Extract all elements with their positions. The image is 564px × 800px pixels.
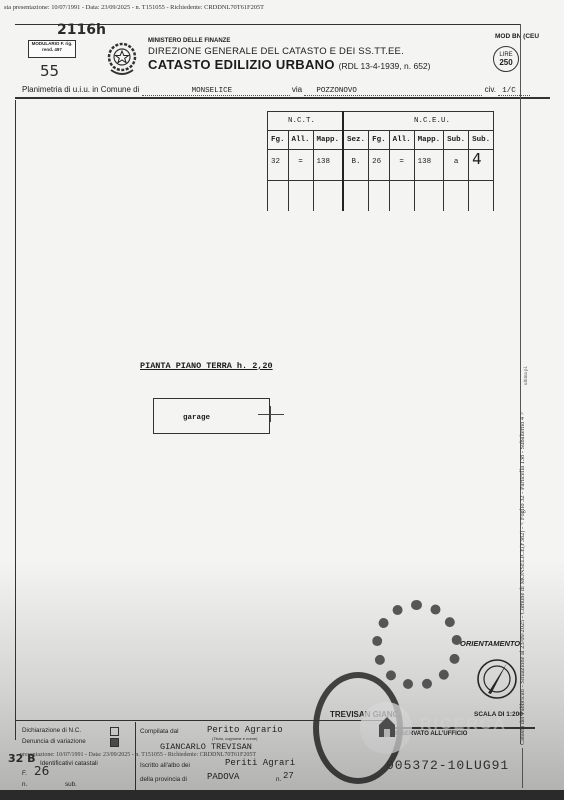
nceu-group-header: N.C.E.U. bbox=[343, 112, 494, 131]
cell-mapp-nct: 138 bbox=[313, 150, 343, 181]
qualifica-value: Perito Agrario bbox=[207, 725, 283, 735]
table-header-row: Fg. All. Mapp. Sez. Fg. All. Mapp. Sub. … bbox=[268, 131, 494, 150]
dichiarazione-nc-checkbox[interactable] bbox=[110, 727, 119, 736]
foglio-label: F. bbox=[22, 770, 27, 777]
via-value: POZZONOVO bbox=[316, 87, 357, 95]
garage-room-outline bbox=[153, 398, 270, 434]
foglio-value: 26 bbox=[34, 764, 49, 778]
comune-field: MONSELICE bbox=[142, 87, 290, 96]
watermark-text: RICERCA bbox=[420, 716, 507, 734]
nome-value: GIANCARLO TREVISAN bbox=[160, 742, 252, 752]
col-all-nct: All. bbox=[288, 131, 313, 150]
floor-plan-title: PIANTA PIANO TERRA h. 2,20 bbox=[140, 361, 273, 371]
provincia-value: PADOVA bbox=[207, 772, 239, 782]
cell-all-nceu: = bbox=[389, 150, 414, 181]
col-all-nceu: All. bbox=[389, 131, 414, 150]
nome-hint: (Titolo, cognome e nome) bbox=[212, 736, 257, 741]
protocol-number: 005372-10LUG91 bbox=[386, 758, 509, 773]
side-small-note: ultima pl. bbox=[524, 366, 529, 385]
cell-sez: B. bbox=[343, 150, 369, 181]
cell-all-nct: = bbox=[288, 150, 313, 181]
north-arrow-icon bbox=[476, 658, 518, 700]
cell-fg-nct: 32 bbox=[268, 150, 289, 181]
footer-divider bbox=[135, 722, 136, 800]
stamp-duty-value: 250 bbox=[494, 59, 518, 67]
albo-numero-label: n. bbox=[276, 776, 281, 783]
denuncia-variazione-checkbox[interactable] bbox=[110, 738, 119, 747]
presentation-info-line: sta presentazione: 10/07/1991 - Data: 23… bbox=[4, 4, 264, 11]
dimension-tick bbox=[258, 414, 284, 415]
via-field: POZZONOVO bbox=[304, 87, 482, 96]
numero-label-left: n. bbox=[22, 781, 27, 788]
catasto-title: CATASTO EDILIZIO URBANO (RDL 13-4-1939, … bbox=[148, 57, 430, 72]
handwritten-reference: 2116h bbox=[57, 22, 106, 38]
location-line: Planimetria di u.i.u. in Comune di MONSE… bbox=[22, 85, 530, 96]
orientation-label: ORIENTAMENTO bbox=[460, 639, 520, 648]
col-sub-1: Sub. bbox=[444, 131, 469, 150]
direzione-label: DIREZIONE GENERALE DEL CATASTO E DEI SS.… bbox=[148, 46, 404, 57]
denuncia-variazione-label: Denuncia di variazione bbox=[22, 738, 86, 745]
table-empty-row bbox=[268, 181, 494, 212]
table-row: 32 = 138 B. 26 = 138 a 4 bbox=[268, 150, 494, 181]
civico-value: 1/C bbox=[502, 87, 516, 95]
provincia-label: della provincia di bbox=[140, 776, 187, 783]
civico-field: 1/C bbox=[498, 87, 530, 96]
cell-sub-1: a bbox=[444, 150, 469, 181]
stamp-duty-circle: LIRE 250 bbox=[493, 46, 519, 72]
table-group-header-row: N.C.T. N.C.E.U. bbox=[268, 112, 494, 131]
iscritto-label: Iscritto all'albo dei bbox=[140, 762, 190, 769]
model-code: MOD BN (CEU bbox=[495, 33, 539, 40]
nct-group-header: N.C.T. bbox=[268, 112, 344, 131]
location-prefix: Planimetria di u.i.u. in Comune di bbox=[22, 85, 139, 94]
cadastral-identifiers-table: N.C.T. N.C.E.U. Fg. All. Mapp. Sez. Fg. … bbox=[267, 111, 494, 211]
ministry-label: MINISTERO DELLE FINANZE bbox=[148, 38, 230, 44]
cell-fg-nceu: 26 bbox=[369, 150, 390, 181]
albo-numero-value: 27 bbox=[283, 771, 294, 781]
dichiarazione-nc-label: Dichiarazione di N.C. bbox=[22, 727, 81, 734]
col-mapp-nceu: Mapp. bbox=[414, 131, 444, 150]
sub-label: sub. bbox=[65, 781, 77, 788]
cell-mapp-nceu: 138 bbox=[414, 150, 444, 181]
col-fg-nct: Fg. bbox=[268, 131, 289, 150]
catasto-law-reference: (RDL 13-4-1939, n. 652) bbox=[339, 61, 431, 71]
dimension-tick bbox=[270, 406, 271, 422]
catasto-title-text: CATASTO EDILIZIO URBANO bbox=[148, 57, 335, 72]
page-bottom-edge bbox=[0, 790, 564, 800]
comune-value: MONSELICE bbox=[192, 87, 233, 95]
via-label: via bbox=[292, 85, 302, 94]
col-fg-nceu: Fg. bbox=[369, 131, 390, 150]
overlay-presentation-line: presentazione: 10/07/1991 - Data: 23/09/… bbox=[20, 752, 256, 758]
garage-room-label: garage bbox=[183, 414, 210, 422]
circular-seal-stamp bbox=[372, 600, 462, 690]
house-icon bbox=[378, 716, 396, 738]
col-mapp-nct: Mapp. bbox=[313, 131, 343, 150]
col-sez: Sez. bbox=[343, 131, 369, 150]
italian-republic-emblem-icon bbox=[105, 40, 139, 78]
handwritten-number: 55 bbox=[40, 62, 59, 80]
modulario-box: MODULARIO F. rig. rend. 497 bbox=[28, 40, 76, 58]
col-sub-2: Sub. bbox=[469, 131, 494, 150]
side-cadastral-note: Catasto dei Fabbricati - Situazione al 2… bbox=[519, 412, 526, 745]
albo-value: Periti Agrari bbox=[225, 758, 295, 768]
civico-label: civ. bbox=[485, 85, 496, 94]
header-separator bbox=[15, 97, 550, 99]
protocol-box-line bbox=[522, 748, 523, 788]
cell-sub-2: 4 bbox=[469, 150, 494, 181]
compilata-label: Compilata dal bbox=[140, 728, 179, 735]
